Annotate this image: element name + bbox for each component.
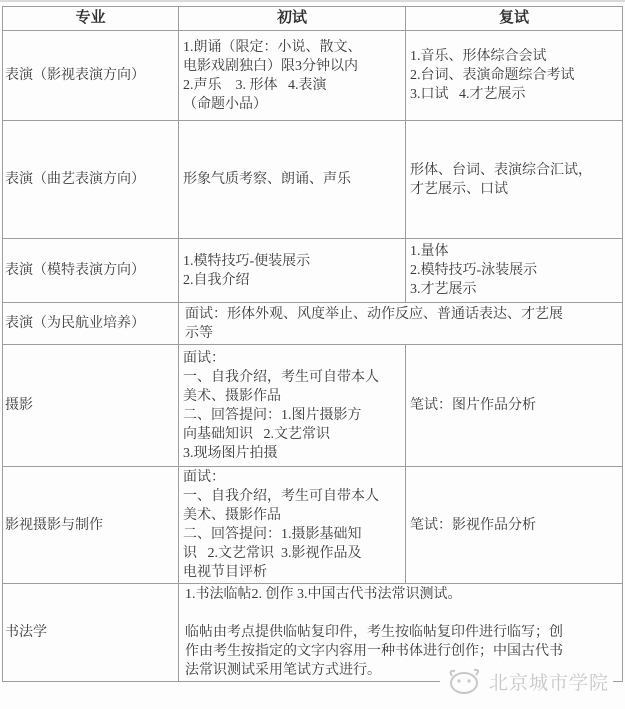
- header-major: 专业: [3, 7, 179, 31]
- cell-first-exam: 面试： 一、自我介绍，考生可自带本人 美术、摄影作品 二、回答提问：1.图片摄影…: [179, 345, 406, 467]
- cell-major: 表演（为民航业培养）: [3, 303, 179, 345]
- cell-second-exam: 笔试：图片作品分析: [406, 345, 623, 467]
- exam-subjects-table: 专业 初试 复试 表演（影视表演方向） 1.朗诵（限定：小说、散文、 电影戏剧独…: [2, 6, 623, 682]
- table-row: 表演（为民航业培养） 面试：形体外观、风度举止、动作反应、普通话表达、才艺展 示…: [3, 303, 623, 345]
- table-row: 表演（曲艺表演方向） 形象气质考察、朗诵、声乐 形体、台词、表演综合汇试， 才艺…: [3, 121, 623, 239]
- cell-first-exam: 1.模特技巧-便装展示 2.自我介绍: [179, 239, 406, 303]
- header-first-exam: 初试: [179, 7, 406, 31]
- table-header-row: 专业 初试 复试: [3, 7, 623, 31]
- cell-second-exam: 形体、台词、表演综合汇试， 才艺展示、口试: [406, 121, 623, 239]
- cell-second-exam: 1.量体 2.模特技巧-泳装展示 3.才艺展示: [406, 239, 623, 303]
- table-row: 影视摄影与制作 面试： 一、自我介绍，考生可自带本人 美术、摄影作品 二、回答提…: [3, 467, 623, 584]
- header-second-exam: 复试: [406, 7, 623, 31]
- cell-second-exam: 笔试：影视作品分析: [406, 467, 623, 584]
- cell-major: 表演（曲艺表演方向）: [3, 121, 179, 239]
- cell-second-exam: 1.音乐、形体综合会试 2.台词、表演命题综合考试 3.口试 4.才艺展示: [406, 31, 623, 121]
- watermark-text: 北京城市学院: [489, 668, 609, 695]
- cell-first-exam: 面试： 一、自我介绍，考生可自带本人 美术、摄影作品 二、回答提问：1.摄影基础…: [179, 467, 406, 584]
- cell-major: 表演（影视表演方向）: [3, 31, 179, 121]
- cell-major: 书法学: [3, 584, 179, 682]
- cell-major: 表演（模特表演方向）: [3, 239, 179, 303]
- article-page: 专业 初试 复试 表演（影视表演方向） 1.朗诵（限定：小说、散文、 电影戏剧独…: [0, 0, 625, 709]
- cell-major: 摄影: [3, 345, 179, 467]
- cell-merged-exam: 面试：形体外观、风度举止、动作反应、普通话表达、才艺展 示等: [179, 303, 623, 345]
- cell-first-exam: 1.朗诵（限定：小说、散文、 电影戏剧独白）限3分钟以内 2.声乐 3. 形体 …: [179, 31, 406, 121]
- publisher-watermark: 北京城市学院: [440, 659, 613, 703]
- cell-first-exam: 形象气质考察、朗诵、声乐: [179, 121, 406, 239]
- table-row: 表演（模特表演方向） 1.模特技巧-便装展示 2.自我介绍 1.量体 2.模特技…: [3, 239, 623, 303]
- cell-major: 影视摄影与制作: [3, 467, 179, 584]
- university-logo-icon: [446, 666, 484, 696]
- table-row: 表演（影视表演方向） 1.朗诵（限定：小说、散文、 电影戏剧独白）限3分钟以内 …: [3, 31, 623, 121]
- table-row: 摄影 面试： 一、自我介绍，考生可自带本人 美术、摄影作品 二、回答提问：1.图…: [3, 345, 623, 467]
- cropped-content-remnant: [0, 0, 625, 2]
